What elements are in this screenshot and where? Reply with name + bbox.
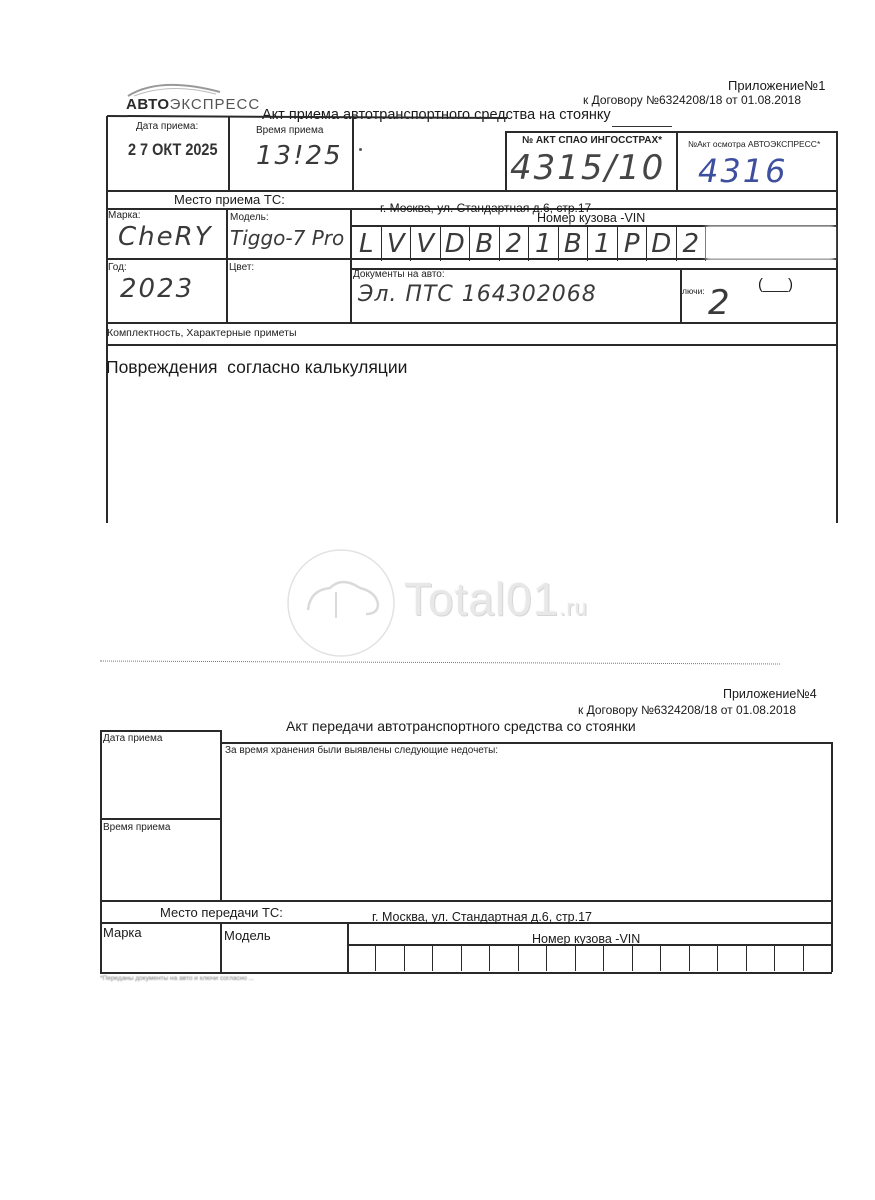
autoexpress-logo: АВТОЭКСПРЕСС [118, 78, 233, 118]
vin-empty-cell [547, 945, 575, 971]
ingos-act-value: 4315/10 [510, 148, 665, 188]
time-label: Время приема [256, 125, 323, 136]
vin-empty-cell [775, 945, 803, 971]
keys-extra: (___) [758, 276, 793, 293]
features-label: Комплектность, Характерные приметы [107, 327, 297, 339]
vin-empty-cell [747, 945, 775, 971]
vin-empty-cell [633, 945, 661, 971]
docs-value: Эл. ПТС 164302068 [358, 282, 597, 307]
place-value-2: г. Москва, ул. Стандартная д.6, стр.17 [372, 910, 592, 924]
watermark-suffix: .ru [559, 595, 588, 620]
keys-value: 2 [708, 283, 732, 323]
vin-empty-cell [804, 945, 832, 971]
vin-char-cell: 1 [588, 226, 618, 261]
inspection-act-value: 4316 [698, 152, 787, 190]
inspection-act-label: №Акт осмотра АВТОЭКСПРЕСС* [688, 139, 820, 149]
features-value: Повреждения согласно калькуляции [106, 357, 407, 378]
place-label-2: Место передачи ТС: [160, 905, 283, 920]
vin-char-cell: D [441, 226, 471, 261]
car-arc-icon [120, 78, 230, 98]
vin-char-cell: B [470, 226, 500, 261]
date-stamp: 2 7 ОКТ 2025 [128, 140, 218, 160]
watermark: Total01.ru [286, 548, 616, 658]
time-value: 13!25 [256, 141, 343, 171]
date-label-2: Дата приема [103, 733, 162, 744]
contract-ref: к Договору №6324208/18 от 01.08.2018 [583, 93, 801, 107]
vin-char-cell: B [559, 226, 589, 261]
ingos-act-label: № АКТ СПАО ИНГОССТРАХ* [522, 135, 662, 146]
defects-label: За время хранения были выявлены следующи… [225, 745, 498, 756]
model-label-2: Модель [224, 928, 271, 943]
vin-empty-cell [348, 945, 376, 971]
car-logo-icon [286, 548, 396, 658]
docs-label: Документы на авто: [353, 269, 445, 280]
vin-char-cell: P [618, 226, 648, 261]
title-underline [612, 126, 672, 127]
cut-line [100, 661, 780, 665]
vin-empty-cell [519, 945, 547, 971]
year-value: 2023 [120, 274, 194, 304]
watermark-text: Total01 [404, 573, 559, 625]
keys-label: лючи: [682, 286, 705, 296]
vin-char-cell: 1 [529, 226, 559, 261]
vin-empty-cell [405, 945, 433, 971]
model-value: Tiggo-7 Pro [230, 226, 344, 250]
appendix-label-2: Приложение№4 [723, 687, 817, 701]
vin-grid-2 [348, 945, 832, 972]
vin-empty-cell [718, 945, 746, 971]
model-label: Модель: [230, 212, 269, 223]
vin-redacted [706, 226, 834, 260]
vin-label-2: Номер кузова -VIN [532, 932, 640, 946]
dot-mark [359, 148, 362, 151]
vin-char-cell: L [352, 226, 382, 261]
vin-char-cell: D [647, 226, 677, 261]
vin-char-cell: V [411, 226, 441, 261]
footnote: *Переданы документы на авто и ключи согл… [100, 975, 254, 982]
vin-empty-cell [462, 945, 490, 971]
year-label: Год: [108, 262, 127, 273]
vin-empty-cell [376, 945, 404, 971]
color-label: Цвет: [229, 262, 254, 273]
contract-ref-2: к Договору №6324208/18 от 01.08.2018 [578, 703, 796, 717]
brand-label-2: Марка [103, 925, 142, 940]
vin-empty-cell [690, 945, 718, 971]
place-label: Место приема ТС: [174, 192, 285, 207]
vin-empty-cell [433, 945, 461, 971]
vin-empty-cell [661, 945, 689, 971]
vin-label: Номер кузова -VIN [537, 211, 645, 225]
logo-thin: ЭКСПРЕСС [170, 96, 261, 113]
vin-empty-cell [604, 945, 632, 971]
vin-char-cell: 2 [677, 226, 707, 261]
vin-char-cell: V [382, 226, 412, 261]
logo-bold: АВТО [126, 96, 170, 113]
brand-value: CheRY [118, 222, 213, 252]
time-label-2: Время приема [103, 822, 170, 833]
brand-label: Марка: [108, 210, 141, 221]
form-title-2: Акт передачи автотранспортного средства … [286, 718, 636, 734]
vin-char-cell: 2 [500, 226, 530, 261]
date-label: Дата приема: [136, 121, 198, 132]
vin-empty-cell [490, 945, 518, 971]
appendix-label: Приложение№1 [728, 78, 825, 93]
vin-empty-cell [576, 945, 604, 971]
